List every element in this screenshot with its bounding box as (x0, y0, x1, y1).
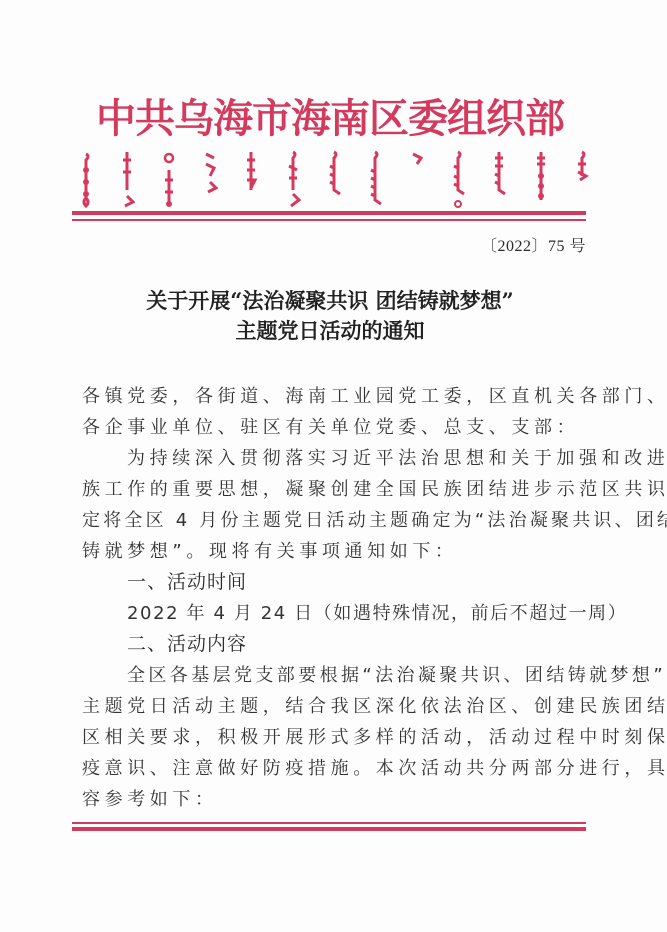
mongolian-word-icon (78, 150, 94, 210)
mongolian-word-icon (491, 150, 507, 210)
letterhead-title: 中共乌海市海南区委组织部 (72, 93, 588, 145)
addressee-line: 各企事业单位、驻区有关单位党委、总支、支部： (82, 412, 592, 443)
document-title-line1: 关于开展“法治凝聚共识 团结铸就梦想” (60, 286, 600, 316)
document-title-line2: 主题党日活动的通知 (60, 316, 600, 346)
paragraph-line: 族工作的重要思想，凝聚创建全国民族团结进步示范区共识，决 (82, 474, 592, 505)
mongolian-word-icon (202, 150, 218, 210)
document-body: 各镇党委，各街道、海南工业园党工委，区直机关各部门、区属 各企事业单位、驻区有关… (82, 381, 592, 815)
activity-date-line: 2022 年 4 月 24 日（如遇特殊情况，前后不超过一周） (82, 598, 592, 629)
footer-rule-thin (72, 822, 586, 824)
section-heading-time: 一、活动时间 (82, 567, 592, 598)
mongolian-word-icon (533, 150, 549, 210)
document-number: 〔2022〕75 号 (481, 236, 586, 258)
paragraph-line: 容参考如下： (82, 784, 592, 815)
paragraph-line: 疫意识、注意做好防疫措施。本次活动共分两部分进行，具体内 (82, 753, 592, 784)
mongolian-script-letterhead (78, 150, 590, 210)
mongolian-word-icon (119, 150, 135, 210)
mongolian-word-icon (409, 150, 425, 210)
paragraph-line: 铸就梦想”。现将有关事项通知如下： (82, 536, 592, 567)
letterhead-rule-thin (72, 219, 586, 221)
mongolian-word-icon (243, 150, 259, 210)
paragraph-line: 主题党日活动主题，结合我区深化依法治区、创建民族团结示范 (82, 691, 592, 722)
mongolian-word-icon (574, 150, 590, 210)
mongolian-word-icon (367, 150, 383, 210)
addressee-line: 各镇党委，各街道、海南工业园党工委，区直机关各部门、区属 (82, 381, 592, 412)
paragraph-line: 区相关要求，积极开展形式多样的活动，活动过程中时刻保持防 (82, 722, 592, 753)
mongolian-word-icon (450, 150, 466, 210)
mongolian-word-icon (161, 150, 177, 210)
mongolian-word-icon (326, 150, 342, 210)
paragraph-line: 全区各基层党支部要根据“法治凝聚共识、团结铸就梦想” (82, 660, 592, 691)
section-heading-content: 二、活动内容 (82, 629, 592, 660)
footer-rule-thick (72, 827, 586, 831)
letterhead-rule-thick (72, 211, 586, 215)
mongolian-word-icon (285, 150, 301, 210)
paragraph-line: 为持续深入贯彻落实习近平法治思想和关于加强和改进民 (82, 443, 592, 474)
paragraph-line: 定将全区 4 月份主题党日活动主题确定为“法治凝聚共识、团结 (82, 505, 592, 536)
